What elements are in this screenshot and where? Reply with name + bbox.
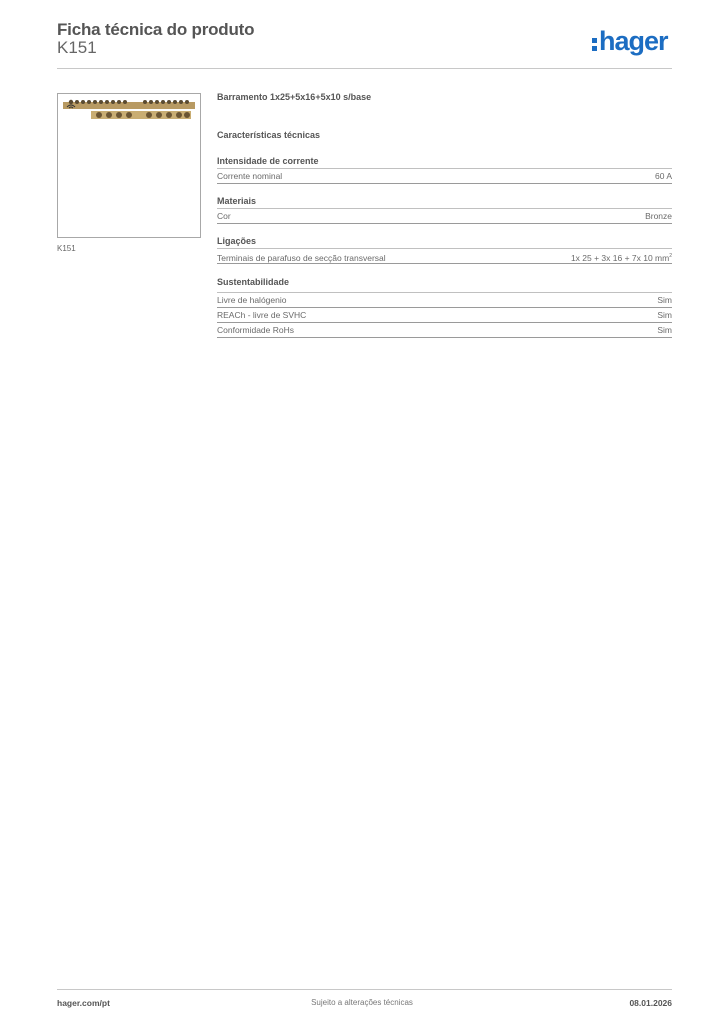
spec-value: Sim (657, 324, 672, 337)
spec-label: REACh - livre de SVHC (217, 309, 306, 322)
image-caption: K151 (57, 244, 76, 253)
spec-value: Sim (657, 294, 672, 307)
product-details: Barramento 1x25+5x16+5x10 s/base Caracte… (217, 92, 672, 338)
logo-colon-icon (592, 33, 598, 53)
spec-value: 60 A (655, 170, 672, 183)
group-title: Sustentabilidade (217, 277, 672, 293)
product-name: Barramento 1x25+5x16+5x10 s/base (217, 92, 672, 104)
spec-row: Corrente nominal 60 A (217, 170, 672, 184)
product-image-frame (57, 93, 201, 238)
spec-group-sustainability: Sustentabilidade Livre de halógenio Sim … (217, 277, 672, 338)
group-title: Materiais (217, 196, 672, 209)
spec-group-materials: Materiais Cor Bronze (217, 196, 672, 224)
spec-row: Terminais de parafuso de secção transver… (217, 250, 672, 264)
product-code: K151 (57, 38, 97, 58)
spec-label: Terminais de parafuso de secção transver… (217, 252, 386, 265)
spec-group-connections: Ligações Terminais de parafuso de secção… (217, 236, 672, 264)
group-title: Ligações (217, 236, 672, 249)
spec-group-current: Intensidade de corrente Corrente nominal… (217, 156, 672, 184)
spec-row: Cor Bronze (217, 210, 672, 224)
spec-row: REACh - livre de SVHC Sim (217, 309, 672, 323)
spec-value: 1x 25 + 3x 16 + 7x 10 mm (571, 253, 669, 263)
unit-superscript: 2 (669, 253, 672, 259)
specs-heading: Características técnicas (217, 130, 672, 144)
spec-label: Conformidade RoHs (217, 324, 294, 337)
footer-website-link[interactable]: hager.com/pt (57, 998, 110, 1008)
spec-value: Sim (657, 309, 672, 322)
spec-value-wrap: 1x 25 + 3x 16 + 7x 10 mm2 (571, 250, 672, 265)
spec-label: Cor (217, 210, 231, 223)
footer-date: 08.01.2026 (629, 998, 672, 1008)
brass-busbar-image (61, 97, 197, 121)
spec-value: Bronze (645, 210, 672, 223)
logo-text: hager (599, 26, 668, 56)
group-title: Intensidade de corrente (217, 156, 672, 169)
hager-logo: hager (592, 26, 668, 56)
spec-label: Corrente nominal (217, 170, 282, 183)
header-divider (57, 68, 672, 69)
spec-row: Livre de halógenio Sim (217, 294, 672, 308)
spec-row: Conformidade RoHs Sim (217, 324, 672, 338)
page-title: Ficha técnica do produto (57, 20, 254, 40)
footer-divider (57, 989, 672, 990)
spec-label: Livre de halógenio (217, 294, 286, 307)
